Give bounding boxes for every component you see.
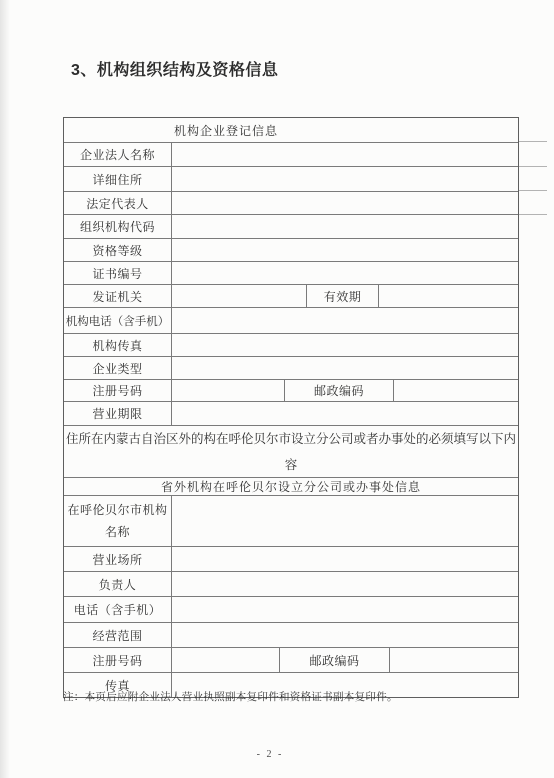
scan-edge-artifact xyxy=(0,0,10,778)
branch-name-label-line1: 在呼伦贝尔市机构 xyxy=(67,499,167,521)
notice-text: 住所在内蒙古自治区外的构在呼伦贝尔市设立分公司或者办事处的必须填写以下内 容 xyxy=(64,426,518,477)
row-institution-phone: 机构电话（含手机） xyxy=(64,307,518,333)
institution-fax-field xyxy=(171,334,518,356)
enterprise-legal-name-field xyxy=(171,143,518,166)
scanned-document-page: 3、机构组织结构及资格信息 机构企业登记信息 企业法人名称 详细住所 法定代表人… xyxy=(0,0,554,778)
validity-period-field xyxy=(378,285,518,307)
legal-representative-field xyxy=(171,192,518,214)
row-registration-number-2: 注册号码 邮政编码 xyxy=(64,647,518,672)
detailed-address-field xyxy=(171,167,518,191)
certificate-number-field xyxy=(171,262,518,284)
row-legal-representative: 法定代表人 xyxy=(64,191,518,214)
scan-line-artifact xyxy=(519,141,547,142)
business-scope-field xyxy=(171,623,518,647)
person-in-charge-label: 负责人 xyxy=(64,572,171,596)
registration-number-label-1: 注册号码 xyxy=(64,380,171,401)
row-business-premises: 营业场所 xyxy=(64,546,518,571)
postal-code-label-1: 邮政编码 xyxy=(284,380,393,401)
row-business-scope: 经营范围 xyxy=(64,622,518,647)
row-organization-code: 组织机构代码 xyxy=(64,214,518,238)
registration-number-field-2 xyxy=(171,648,279,672)
registration-number-label-2: 注册号码 xyxy=(64,648,171,672)
legal-representative-label: 法定代表人 xyxy=(64,192,171,214)
organization-code-label: 组织机构代码 xyxy=(64,215,171,238)
enterprise-legal-name-label: 企业法人名称 xyxy=(64,143,171,166)
institution-phone-field xyxy=(171,308,518,333)
row-business-term: 营业期限 xyxy=(64,401,518,425)
page-number: - 2 - xyxy=(0,749,540,760)
notice-line2: 容 xyxy=(285,452,298,478)
row-person-in-charge: 负责人 xyxy=(64,571,518,596)
section1-header: 机构企业登记信息 xyxy=(64,118,518,142)
footnote: 注：本页后应附企业法人营业执照副本复印件和资格证书副本复印件。 xyxy=(63,689,398,704)
scan-line-artifact xyxy=(519,166,547,167)
issuing-authority-label: 发证机关 xyxy=(64,285,171,307)
branch-name-label-line2: 名称 xyxy=(105,521,130,543)
issuing-authority-field xyxy=(171,285,306,307)
section-title: 3、机构组织结构及资格信息 xyxy=(71,57,278,80)
notice-row: 住所在内蒙古自治区外的构在呼伦贝尔市设立分公司或者办事处的必须填写以下内 容 xyxy=(64,425,518,477)
validity-period-label: 有效期 xyxy=(306,285,378,307)
qualification-grade-label: 资格等级 xyxy=(64,239,171,261)
row-issuing-authority: 发证机关 有效期 xyxy=(64,284,518,307)
row-registration-number-1: 注册号码 邮政编码 xyxy=(64,379,518,401)
branch-phone-label: 电话（含手机） xyxy=(64,597,171,622)
institution-fax-label: 机构传真 xyxy=(64,334,171,356)
business-term-label: 营业期限 xyxy=(64,402,171,425)
scan-line-artifact xyxy=(519,190,547,191)
row-enterprise-legal-name: 企业法人名称 xyxy=(64,142,518,166)
business-premises-label: 营业场所 xyxy=(64,547,171,571)
organization-code-field xyxy=(171,215,518,238)
postal-code-field-2 xyxy=(389,648,518,672)
row-branch-phone: 电话（含手机） xyxy=(64,596,518,622)
branch-phone-field xyxy=(171,597,518,622)
row-enterprise-type: 企业类型 xyxy=(64,356,518,379)
branch-name-field xyxy=(171,496,518,546)
business-term-field xyxy=(171,402,518,425)
row-branch-name: 在呼伦贝尔市机构 名称 xyxy=(64,495,518,546)
row-qualification-grade: 资格等级 xyxy=(64,238,518,261)
certificate-number-label: 证书编号 xyxy=(64,262,171,284)
section1-header-row: 机构企业登记信息 xyxy=(64,118,518,142)
postal-code-label-2: 邮政编码 xyxy=(279,648,389,672)
scan-line-artifact xyxy=(519,214,547,215)
business-premises-field xyxy=(171,547,518,571)
institution-phone-label: 机构电话（含手机） xyxy=(64,308,171,333)
row-certificate-number: 证书编号 xyxy=(64,261,518,284)
row-detailed-address: 详细住所 xyxy=(64,166,518,191)
postal-code-field-1 xyxy=(393,380,518,401)
person-in-charge-field xyxy=(171,572,518,596)
registration-form-table: 机构企业登记信息 企业法人名称 详细住所 法定代表人 组织机构代码 资格等级 证… xyxy=(63,117,519,698)
enterprise-type-label: 企业类型 xyxy=(64,357,171,379)
notice-line1: 住所在内蒙古自治区外的构在呼伦贝尔市设立分公司或者办事处的必须填写以下内 xyxy=(66,426,516,452)
section2-header-row: 省外机构在呼伦贝尔设立分公司或办事处信息 xyxy=(64,477,518,495)
branch-name-label: 在呼伦贝尔市机构 名称 xyxy=(64,496,171,546)
business-scope-label: 经营范围 xyxy=(64,623,171,647)
enterprise-type-field xyxy=(171,357,518,379)
section2-header: 省外机构在呼伦贝尔设立分公司或办事处信息 xyxy=(64,478,518,495)
detailed-address-label: 详细住所 xyxy=(64,167,171,191)
row-institution-fax: 机构传真 xyxy=(64,333,518,356)
qualification-grade-field xyxy=(171,239,518,261)
registration-number-field-1 xyxy=(171,380,284,401)
